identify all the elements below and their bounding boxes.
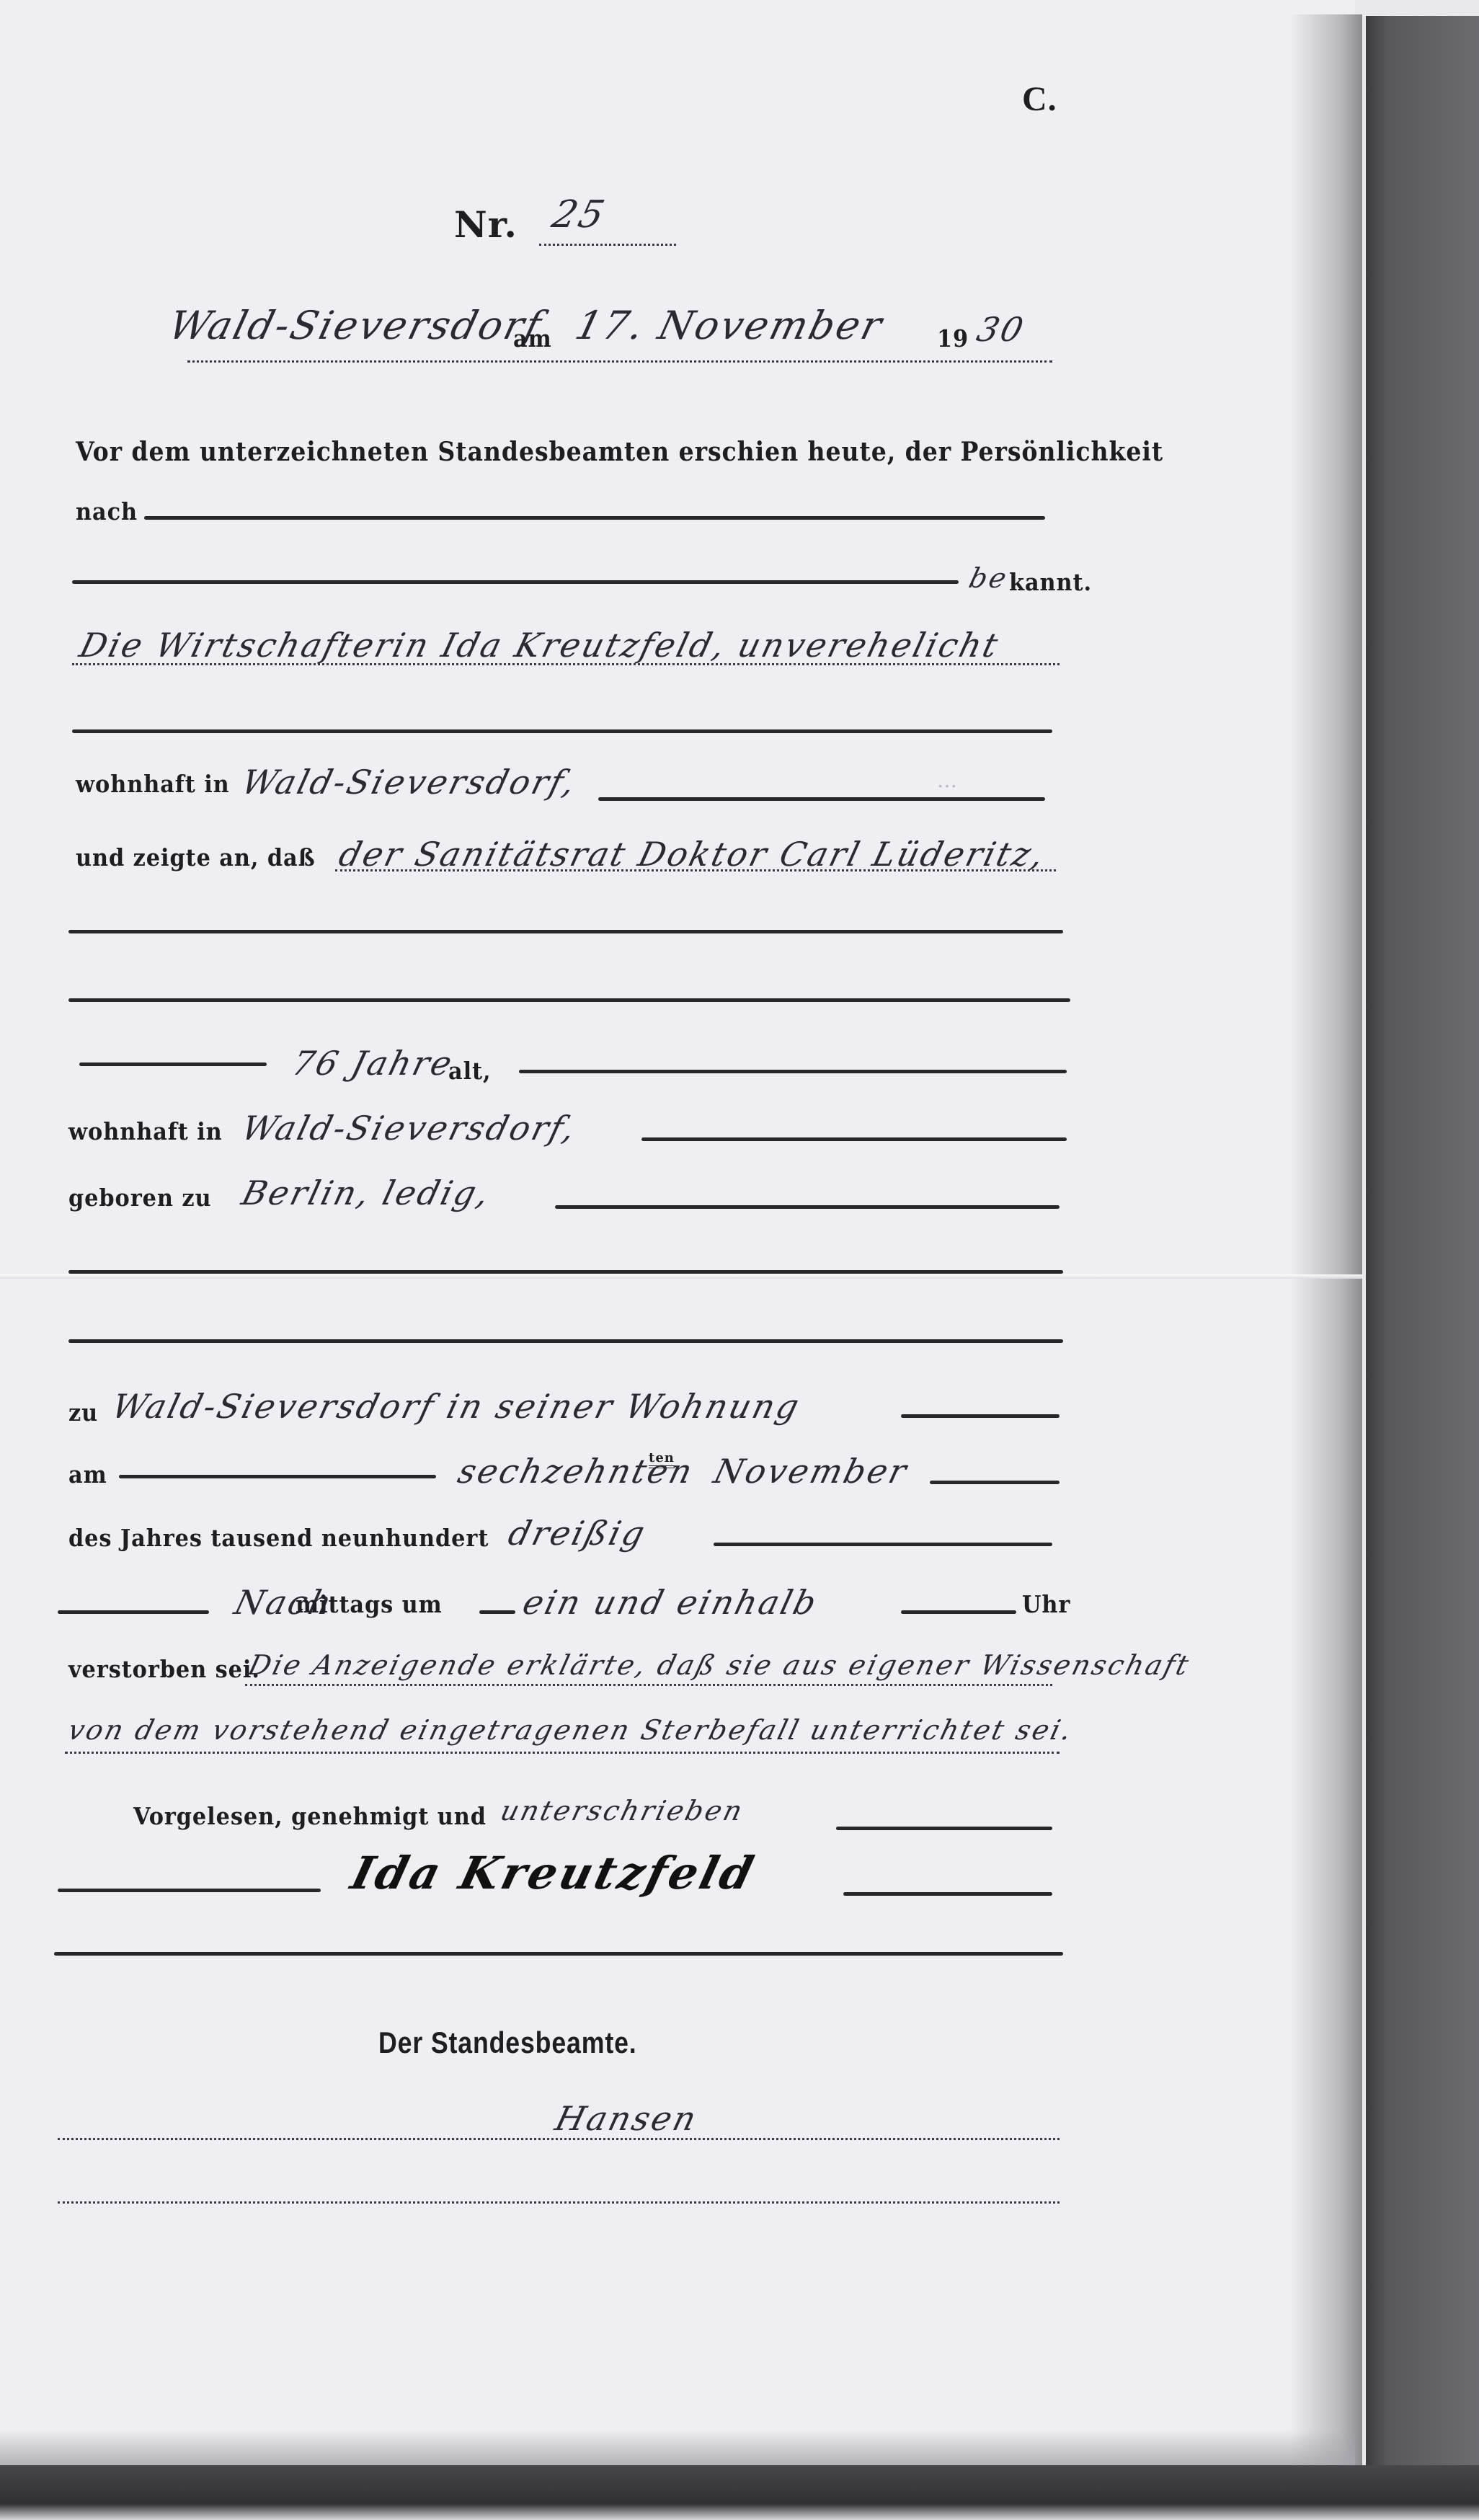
blank-line: [144, 516, 1045, 520]
blank-line: [68, 998, 1070, 1002]
death-day-label: am: [68, 1460, 107, 1489]
blank-line: [79, 1062, 267, 1066]
registrar-title: Der Standesbeamte.: [378, 2026, 637, 2060]
statement-line-1: Die Anzeigende erklärte, daß sie aus eig…: [245, 1649, 1194, 1681]
approval-value: unterschrieben: [497, 1795, 747, 1827]
approval-label: Vorgelesen, genehmigt und: [133, 1802, 487, 1830]
blank-line: [641, 1137, 1067, 1141]
blank-line: [68, 1339, 1063, 1343]
blank-line: [519, 1070, 1067, 1073]
day-suffix: ten: [649, 1450, 675, 1468]
death-year-label: des Jahres tausend neunhundert: [68, 1524, 489, 1552]
deceased-name: der Sanitätsrat Doktor Carl Lüderitz,: [335, 835, 1050, 874]
registry-place: Wald-Sieversdorf: [164, 303, 548, 348]
statement-dots: [65, 1752, 1060, 1754]
blank-line: [479, 1610, 515, 1614]
binder-bottom: [0, 2465, 1479, 2520]
record-number-dots: [539, 244, 676, 246]
death-time: ein und einhalb: [519, 1583, 822, 1622]
record-number-label: Nr.: [454, 203, 518, 246]
blank-line: [72, 580, 959, 584]
blank-line: [68, 1270, 1063, 1274]
binder-edge: [1366, 16, 1479, 2520]
death-place: Wald-Sieversdorf in seiner Wohnung: [108, 1387, 805, 1426]
blank-line: [901, 1610, 1016, 1614]
registrar-signature: Hansen: [551, 2099, 702, 2138]
blank-line: [555, 1205, 1060, 1209]
death-year: dreißig: [505, 1514, 651, 1553]
form-letter: C.: [1022, 79, 1057, 119]
blank-line: [901, 1414, 1060, 1418]
blank-line: [836, 1827, 1052, 1830]
year-prefix: 19: [937, 324, 969, 352]
year-suffix: 30: [973, 310, 1029, 349]
report-label: und zeigte an, daß: [76, 843, 316, 871]
blank-line: [930, 1481, 1060, 1484]
bleed-through-text: …: [937, 768, 957, 792]
blank-line: [58, 1889, 321, 1892]
deceased-residence-label: wohnhaft in: [68, 1117, 223, 1145]
intro-nach: nach: [76, 497, 138, 525]
blank-dots: [58, 2201, 1060, 2204]
registrar-signature-dots: [58, 2138, 1060, 2140]
birthplace-label: geboren zu: [68, 1184, 212, 1212]
date-am-label: am: [513, 324, 552, 352]
blank-line: [598, 797, 1045, 801]
statement-line-2: von dem vorstehend eingetragenen Sterbef…: [65, 1714, 1077, 1746]
known-suffix: kannt.: [1009, 568, 1092, 596]
deceased-age: 76 Jahre: [288, 1044, 458, 1083]
deceased-residence: Wald-Sieversdorf,: [238, 1109, 581, 1148]
blank-line: [54, 1952, 1063, 1956]
informant-signature: Ida Kreutzfeld: [346, 1847, 761, 1899]
deceased-label: verstorben sei.: [68, 1655, 260, 1683]
informant-residence: Wald-Sieversdorf,: [238, 763, 581, 802]
blank-line: [843, 1892, 1052, 1896]
known-prefix: be: [966, 562, 1012, 594]
death-place-label: zu: [68, 1398, 98, 1427]
death-month: November: [710, 1452, 912, 1491]
blank-line: [72, 729, 1052, 733]
document-page: [0, 0, 1355, 2465]
statement-dots: [245, 1684, 1052, 1686]
informant-dots: [72, 663, 1060, 665]
page-edge-shadow: [1290, 14, 1362, 2465]
record-number: 25: [548, 193, 610, 236]
blank-line: [119, 1475, 436, 1478]
intro-line: Vor dem unterzeichneten Standesbeamten e…: [76, 437, 1163, 467]
blank-line: [714, 1543, 1052, 1546]
deceased-dots: [335, 869, 1056, 871]
blank-line: [68, 930, 1063, 933]
age-suffix: alt,: [448, 1057, 491, 1085]
paper-fold: [0, 1274, 1362, 1279]
birthplace: Berlin, ledig,: [238, 1174, 495, 1212]
blank-line: [58, 1610, 209, 1614]
informant-text: Die Wirtschafterin Ida Kreutzfeld, unver…: [76, 626, 1004, 665]
registry-date: 17. November: [571, 303, 889, 348]
informant-residence-label: wohnhaft in: [76, 770, 230, 798]
time-suffix: Uhr: [1022, 1590, 1070, 1618]
time-label: mittags um: [296, 1590, 443, 1618]
place-date-dots: [187, 360, 1052, 363]
